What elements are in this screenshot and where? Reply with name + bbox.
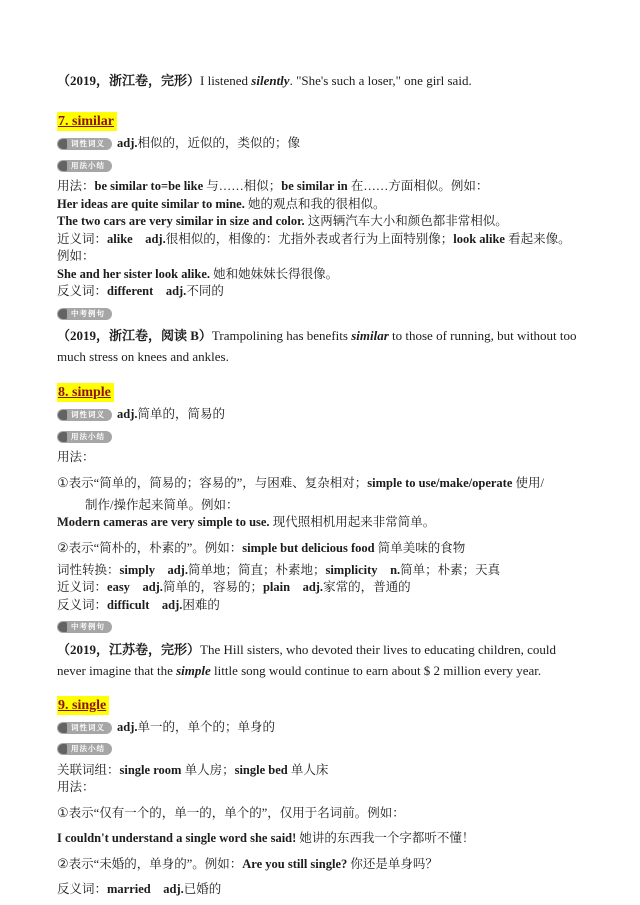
exam-sentence-similar: （2019，浙江卷，阅读 B）Trampolining has benefits… (57, 325, 585, 367)
exam-example-badge: 中考例句 (57, 308, 112, 320)
usage-item-1: ①表示“仅有一个的，单一的，单个的”，仅用于名词前。例如： (57, 803, 585, 823)
pos-meaning-badge: 词性词义 (57, 138, 112, 150)
example-sentence: I couldn't understand a single word she … (57, 829, 585, 848)
usage-item-1: ①表示“简单的，简易的；容易的”，与困难、复杂相对；simple to use/… (57, 473, 585, 493)
antonym-line: 反义词：difficult adj.困难的 (57, 597, 585, 615)
exam-source: （2019，浙江卷，阅读 B） (57, 328, 212, 343)
usage-summary-badge: 用法小结 (57, 431, 112, 443)
usage-item-1-cont: 制作/操作起来简单。例如： (57, 497, 585, 515)
example-label: 例如： (57, 248, 585, 266)
example-sentence: Modern cameras are very simple to use. 现… (57, 514, 585, 532)
usage-summary-badge: 用法小结 (57, 743, 112, 755)
example-sentence: She and her sister look alike. 她和她妹妹长得很像… (57, 266, 585, 284)
pos-meaning-badge: 词性词义 (57, 722, 112, 734)
pos-meaning-badge: 词性词义 (57, 409, 112, 421)
usage-line: 用法：be similar to=be like 与……相似；be simila… (57, 178, 585, 196)
circled-1: ① (57, 805, 69, 820)
related-phrases-line: 关联词组：single room 单人房；single bed 单人床 (57, 762, 585, 780)
antonym-line: 反义词：different adj.不同的 (57, 283, 585, 301)
exam-sentence-silently: （2019，浙江卷，完形）I listened silently. "She's… (57, 70, 585, 91)
example-sentence: Her ideas are quite similar to mine. 她的观… (57, 196, 585, 214)
meaning-line: 词性词义adj.相似的，近似的，类似的；像 (57, 135, 585, 153)
section-heading-simple: 8. simple (57, 383, 114, 402)
exam-example-badge: 中考例句 (57, 621, 112, 633)
usage-item-2: ②表示“简朴的，朴素的”。例如：simple but delicious foo… (57, 538, 585, 558)
synonym-line: 近义词：easy adj.简单的，容易的；plain adj.家常的，普通的 (57, 579, 585, 597)
meaning-line: 词性词义adj.简单的，简易的 (57, 406, 585, 424)
circled-2: ② (57, 856, 69, 871)
keyword-similar: similar (351, 328, 389, 343)
usage-label: 用法： (57, 449, 585, 467)
section-simple: 8. simple 词性词义adj.简单的，简易的 用法小结 用法： ①表示“简… (57, 383, 585, 681)
meaning-line: 词性词义adj.单一的，单个的；单身的 (57, 719, 585, 737)
keyword-simple: simple (176, 663, 211, 678)
synonym-line: 近义词：alike adj.很相似的，相像的：尤指外表或者行为上面特别像；loo… (57, 231, 585, 249)
section-heading-single: 9. single (57, 696, 109, 715)
example-sentence: The two cars are very similar in size an… (57, 213, 585, 231)
exam-source: （2019，江苏卷，完形） (57, 642, 200, 657)
section-single: 9. single 词性词义adj.单一的，单个的；单身的 用法小结 关联词组：… (57, 696, 585, 899)
usage-summary-badge: 用法小结 (57, 160, 112, 172)
keyword-silently: silently (251, 73, 289, 88)
document-page: （2019，浙江卷，完形）I listened silently. "She's… (0, 0, 640, 905)
usage-item-2: ②表示“未婚的，单身的”。例如：Are you still single? 你还… (57, 854, 585, 874)
circled-2: ② (57, 540, 69, 555)
conversion-line: 词性转换：simply adj.简单地；简直；朴素地；simplicity n.… (57, 562, 585, 580)
exam-source: （2019，浙江卷，完形） (57, 73, 200, 88)
exam-sentence-simple: （2019，江苏卷，完形）The Hill sisters, who devot… (57, 639, 585, 681)
antonym-line: 反义词：married adj.已婚的 (57, 880, 585, 899)
section-heading-similar: 7. similar (57, 112, 117, 131)
circled-1: ① (57, 475, 69, 490)
usage-label: 用法： (57, 779, 585, 797)
section-similar: 7. similar 词性词义adj.相似的，近似的，类似的；像 用法小结 用法… (57, 112, 585, 367)
